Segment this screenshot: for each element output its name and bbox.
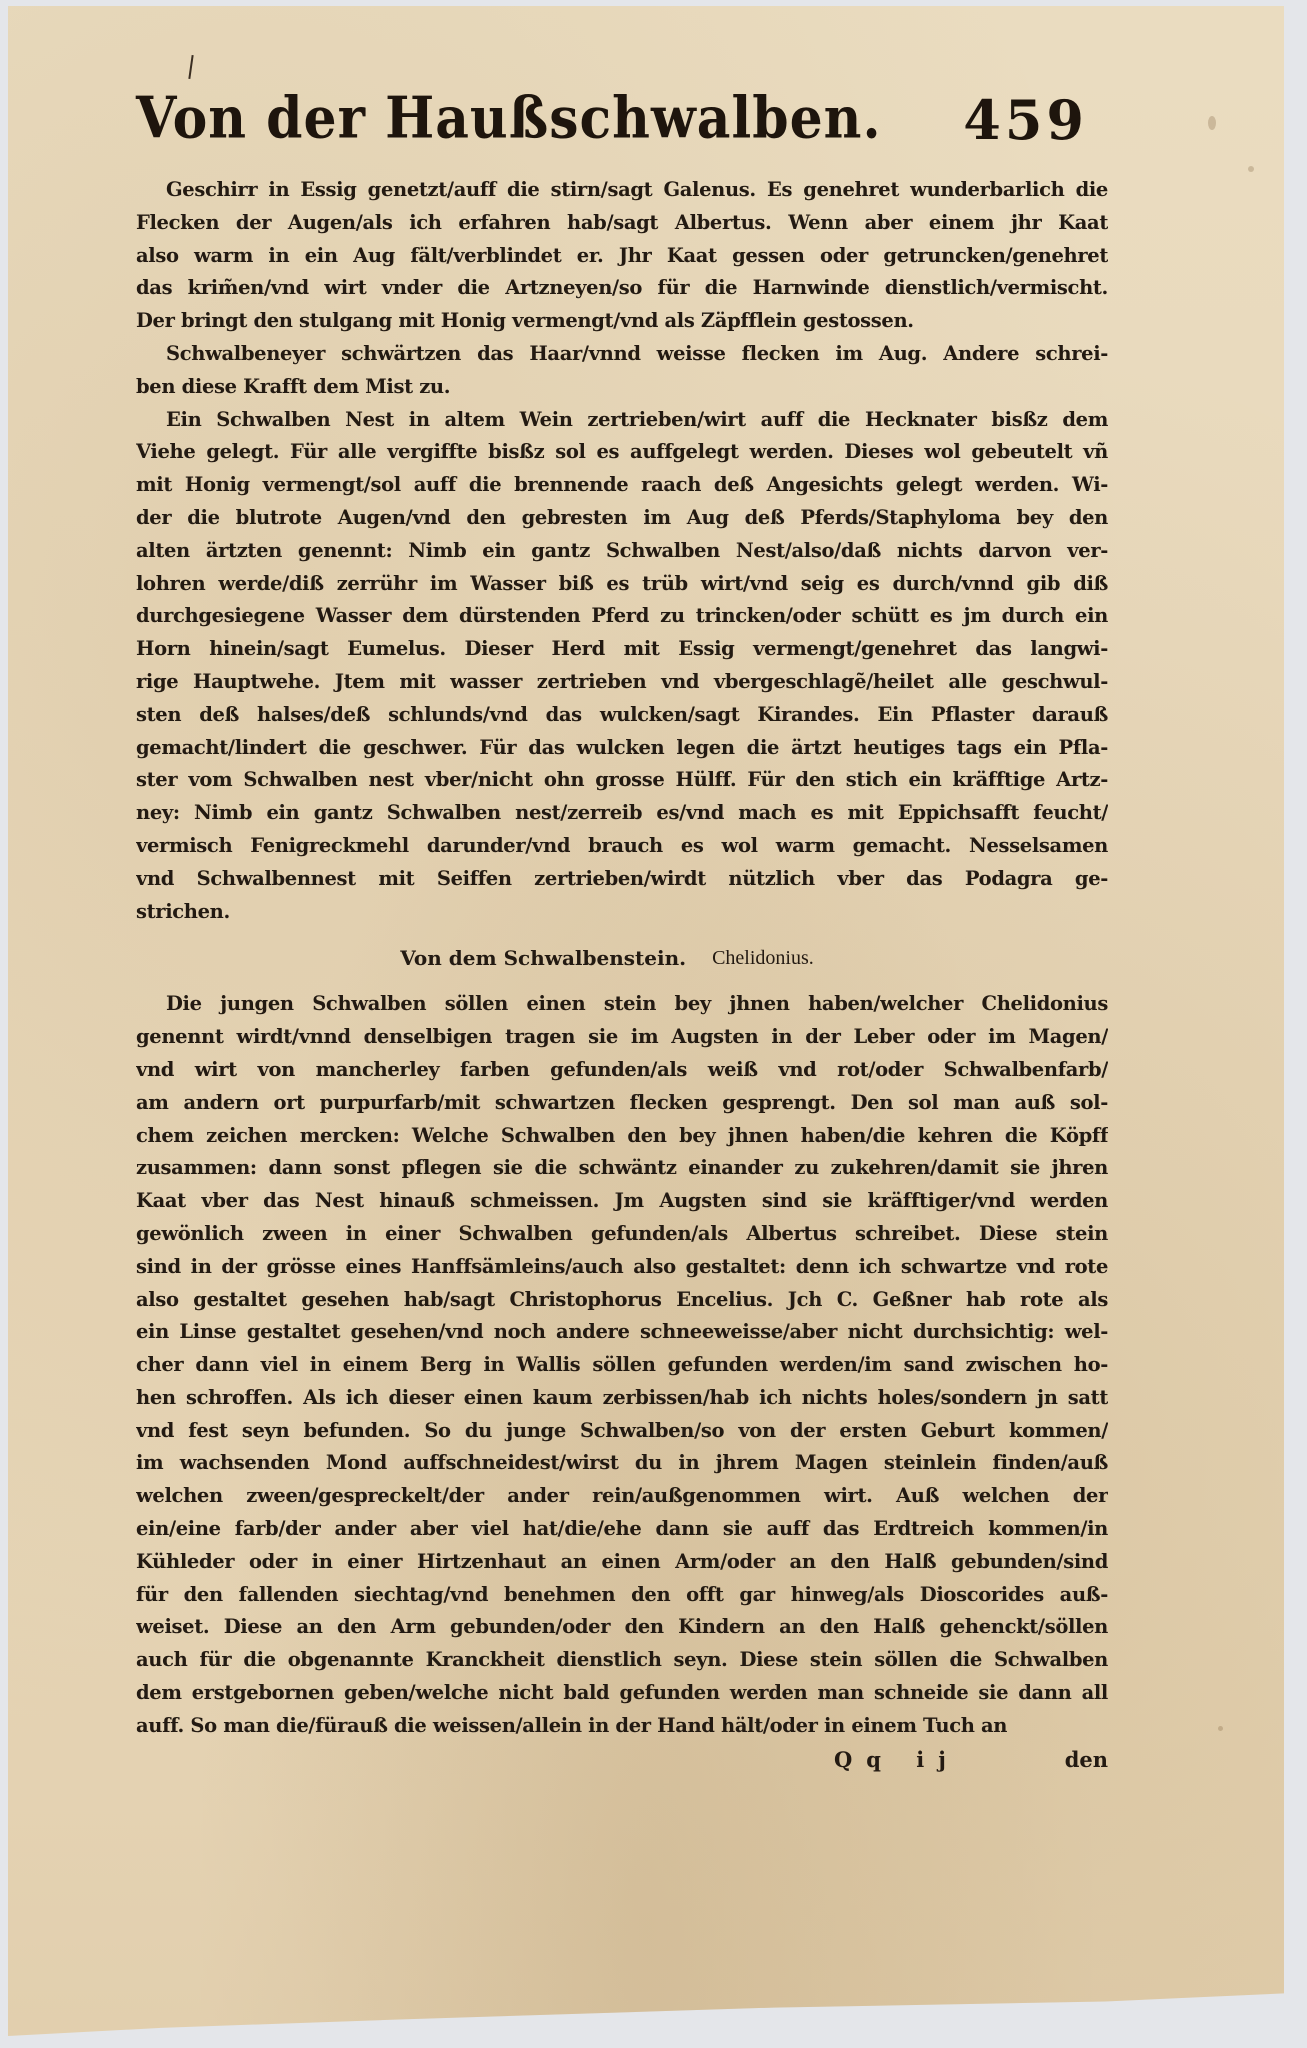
text-line: Viehe gelegt. Für alle vergiffte bisßz s… (136, 436, 1108, 469)
text-line: sind in der grösse eines Hanffsämleins/a… (136, 1251, 1108, 1284)
foxing-spot (1208, 116, 1216, 130)
text-line: also warm in ein Aug fält/verblindet er.… (136, 240, 1108, 273)
foxing-spot (1218, 1726, 1223, 1731)
text-line: vermisch Fenigreckmehl darunder/vnd brau… (136, 830, 1108, 863)
text-line: lohren werde/diß zerrühr im Wasser biß e… (136, 568, 1108, 601)
section-swallow-stone: Die jungen Schwalben söllen einen stein … (136, 988, 1108, 1742)
text-line: cher dann viel in einem Berg in Wallis s… (136, 1349, 1108, 1382)
text-line: vnd Schwalbennest mit Seiffen zertrieben… (136, 863, 1108, 896)
text-line: Ein Schwalben Nest in altem Wein zertrie… (136, 404, 1108, 437)
text-line: zusammen: dann sonst pflegen sie die sch… (136, 1152, 1108, 1185)
text-line: auch für die obgenannte Kranckheit diens… (136, 1644, 1108, 1677)
text-line: sten deß halses/deß schlunds/vnd das wul… (136, 699, 1108, 732)
text-line: im wachsenden Mond auffschneidest/wirst … (136, 1447, 1108, 1480)
section-swallow-remedies: Geschirr in Essig genetzt/auff die stirn… (136, 174, 1108, 928)
text-line: ster vom Schwalben nest vber/nicht ohn g… (136, 764, 1108, 797)
text-line: Der bringt den stulgang mit Honig vermen… (136, 305, 1108, 338)
text-line: weiset. Diese an den Arm gebunden/oder d… (136, 1611, 1108, 1644)
text-line: strichen. (136, 896, 1108, 929)
text-line: ein Linse gestaltet gesehen/vnd noch and… (136, 1316, 1108, 1349)
text-line: ein/eine farb/der ander aber viel hat/di… (136, 1513, 1108, 1546)
text-line: auff. So man die/fürauß die weissen/alle… (136, 1710, 1108, 1743)
text-line: dem erstgebornen geben/welche nicht bald… (136, 1677, 1108, 1710)
text-line: durchgesiegene Wasser dem dürstenden Pfe… (136, 600, 1108, 633)
text-line: Flecken der Augen/als ich erfahren hab/s… (136, 207, 1108, 240)
section-heading: Von dem Schwalbenstein. Chelidonius. (106, 928, 1108, 988)
text-line: genennt wirdt/vnnd denselbigen tragen si… (136, 1021, 1108, 1054)
text-line: welchen zween/gespreckelt/der ander rein… (136, 1480, 1108, 1513)
signature-mark: Qq ij (834, 1747, 960, 1772)
text-line: Die jungen Schwalben söllen einen stein … (136, 988, 1108, 1021)
text-line: mit Honig vermengt/sol auff die brennend… (136, 469, 1108, 502)
text-line: chem zeichen mercken: Welche Schwalben d… (136, 1120, 1108, 1153)
text-line: Schwalbeneyer schwärtzen das Haar/vnnd w… (136, 338, 1108, 371)
catchword: den (1065, 1747, 1108, 1772)
text-line: ben diese Krafft dem Mist zu. (136, 371, 1108, 404)
text-line: vnd wirt von mancherley farben gefunden/… (136, 1054, 1108, 1087)
text-line: Geschirr in Essig genetzt/auff die stirn… (136, 174, 1108, 207)
text-line: Kühleder oder in einer Hirtzenhaut an ei… (136, 1546, 1108, 1579)
text-line: rige Hauptwehe. Jtem mit wasser zertrieb… (136, 666, 1108, 699)
page-footer: Qq ij den (136, 1743, 1108, 1783)
text-line: ney: Nimb ein gantz Schwalben nest/zerre… (136, 797, 1108, 830)
text-line: der die blutrote Augen/vnd den gebresten… (136, 502, 1108, 535)
section-heading-german: Von dem Schwalbenstein. (400, 946, 686, 970)
text-line: für den fallenden siechtag/vnd benehmen … (136, 1579, 1108, 1612)
page-text: Von der Haußschwalben. 459 Geschirr in E… (136, 88, 1108, 1783)
text-line: also gestaltet gesehen hab/sagt Christop… (136, 1284, 1108, 1317)
text-line: gemacht/lindert die geschwer. Für das wu… (136, 732, 1108, 765)
text-line: hen schroffen. Als ich dieser einen kaum… (136, 1382, 1108, 1415)
text-line: Kaat vber das Nest hinauß schmeissen. Jm… (136, 1185, 1108, 1218)
text-line: vnd fest seyn befunden. So du junge Schw… (136, 1415, 1108, 1448)
text-line: am andern ort purpurfarb/mit schwartzen … (136, 1087, 1108, 1120)
text-line: alten ärtzten genennt: Nimb ein gantz Sc… (136, 535, 1108, 568)
foxing-spot (1248, 166, 1254, 172)
running-head: Von der Haußschwalben. 459 (136, 88, 1108, 170)
section-heading-latin: Chelidonius. (712, 947, 814, 970)
text-line: das krim̃en/vnd wirt vnder die Artzneyen… (136, 272, 1108, 305)
running-head-title: Von der Haußschwalben. (136, 85, 882, 152)
page-number: 459 (963, 88, 1088, 152)
text-line: gewönlich zween in einer Schwalben gefun… (136, 1218, 1108, 1251)
text-line: Horn hinein/sagt Eumelus. Dieser Herd mi… (136, 633, 1108, 666)
